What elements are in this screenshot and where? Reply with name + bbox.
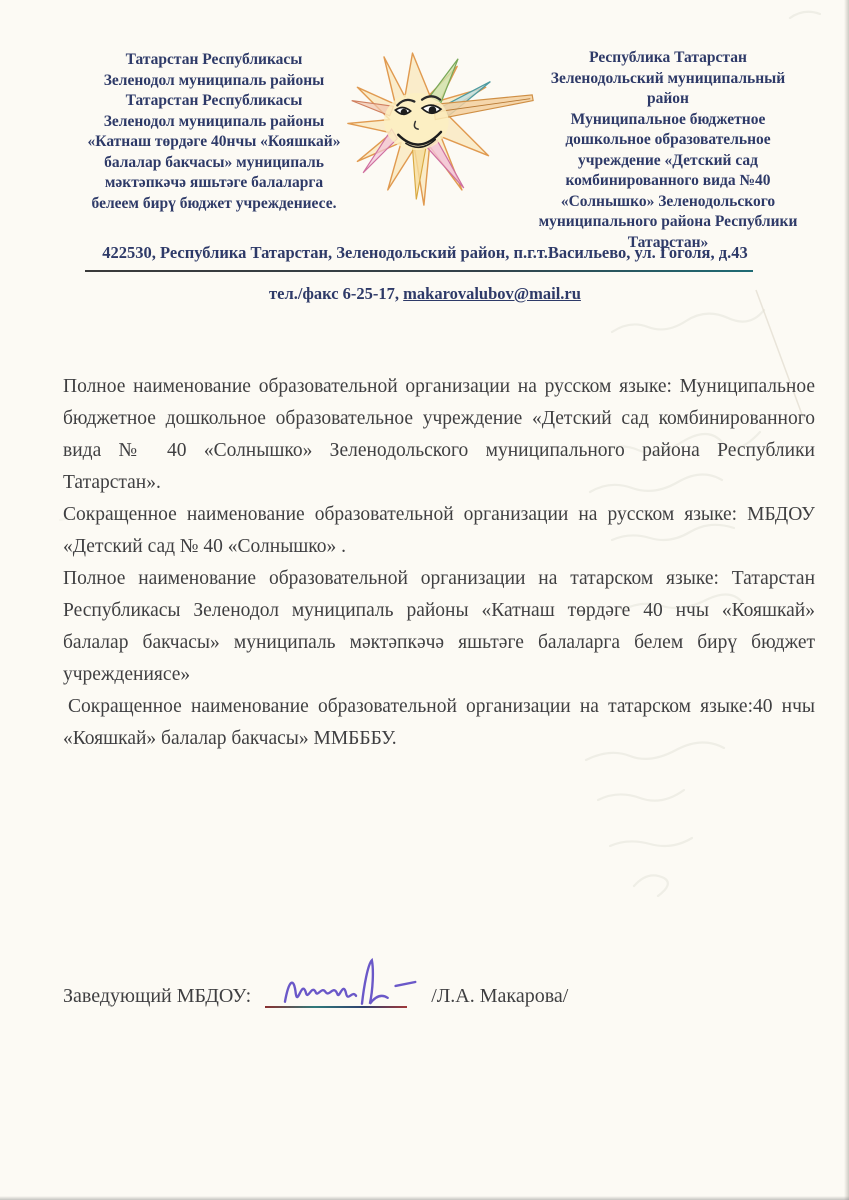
handwritten-signature — [281, 956, 439, 1010]
paragraph-full-name-russian: Полное наименование образовательной орга… — [63, 371, 815, 499]
phone-fax-text: тел./факс 6-25-17, — [269, 284, 403, 303]
signature-row: Заведующий МБДОУ: /Л.А. Макарова/ — [63, 982, 568, 1010]
phone-fax-line: тел./факс 6-25-17, makarovalubov@mail.ru — [40, 284, 810, 304]
signature-name: /Л.А. Макарова/ — [431, 982, 568, 1010]
sun-smiley-logo-icon — [346, 42, 536, 220]
signature-label: Заведующий МБДОУ: — [63, 982, 251, 1010]
signature-field — [265, 982, 407, 1010]
paragraph-full-name-tatar: Полное наименование образовательной орга… — [63, 563, 815, 691]
paragraph-short-name-russian: Сокращенное наименование образовательной… — [63, 499, 815, 563]
org-name-russian-block: Республика Татарстан Зеленодольский муни… — [518, 48, 818, 253]
scanned-document-page: Татарстан Республикасы Зеленодол муницип… — [0, 0, 849, 1200]
org-name-tatar-block: Татарстан Республикасы Зеленодол муницип… — [72, 50, 356, 214]
email-link[interactable]: makarovalubov@mail.ru — [403, 284, 581, 303]
document-body: Полное наименование образовательной орга… — [63, 371, 815, 755]
scan-edge-right — [844, 0, 849, 1200]
address-line: 422530, Республика Татарстан, Зеленодоль… — [40, 243, 810, 263]
paragraph-short-name-tatar: Сокращенное наименование образовательной… — [63, 691, 815, 755]
header-divider-rule — [85, 270, 753, 272]
scan-edge-bottom — [0, 1196, 849, 1200]
